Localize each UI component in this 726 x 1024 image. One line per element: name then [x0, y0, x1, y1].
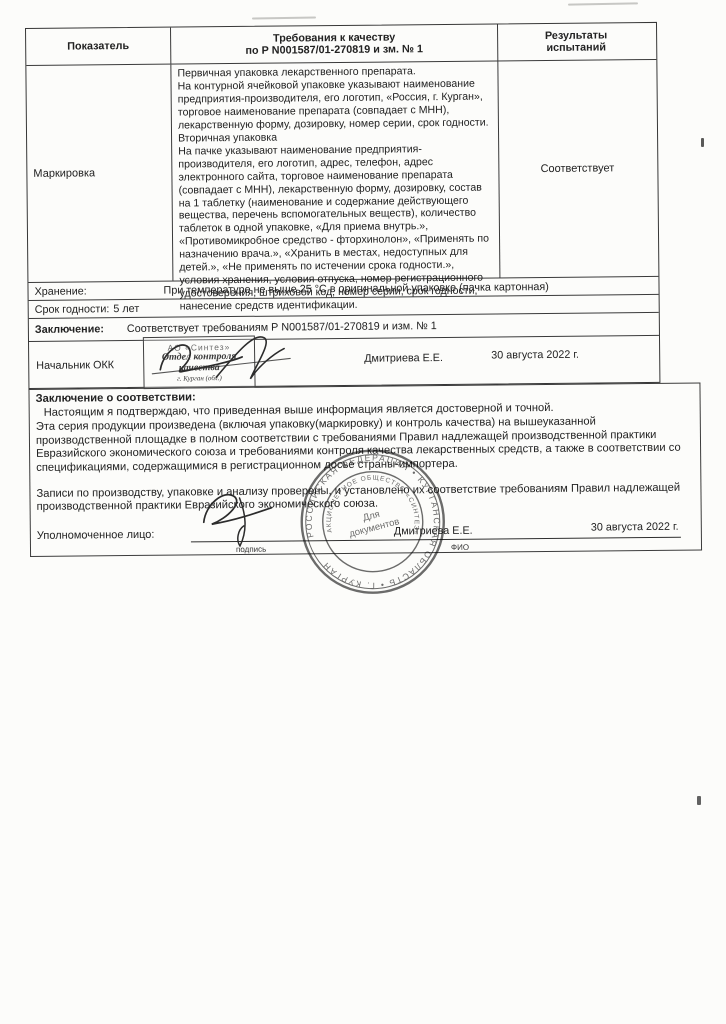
header-indicator: Показатель [26, 28, 171, 65]
header-results: Результаты испытаний [498, 23, 654, 60]
document-sheet: Показатель Требования к качеству по Р N0… [25, 22, 662, 557]
scanned-certificate-page: Показатель Требования к качеству по Р N0… [0, 0, 726, 1024]
shelf-life-label: Срок годности: [29, 303, 110, 316]
scan-smudge-top-left [252, 16, 316, 19]
marking-indicator-cell: Маркировка [26, 65, 173, 282]
header-requirements-line1: Требования к качеству [273, 31, 395, 45]
marking-indicator: Маркировка [33, 167, 95, 180]
marking-result: Соответствует [540, 162, 614, 175]
authorized-label: Уполномоченное лицо: [37, 529, 155, 544]
okk-signature [146, 328, 297, 387]
header-indicator-label: Показатель [67, 40, 129, 53]
header-requirements-line2: по Р N001587/01-270819 и зм. № 1 [245, 43, 423, 57]
authorized-date: 30 августа 2022 г. [591, 521, 679, 535]
okk-head-name: Дмитриева Е.Е. [364, 352, 443, 365]
storage-value: При температуре не выше 25 °С в оригинал… [159, 280, 548, 296]
table-header-row: Показатель Требования к качеству по Р N0… [26, 23, 656, 66]
conclusion-label: Заключение: [29, 323, 123, 336]
quality-table: Показатель Требования к качеству по Р N0… [25, 22, 660, 389]
marking-requirements-cell: Первичная упаковка лекарственного препар… [171, 61, 500, 280]
marking-result-cell: Соответствует [498, 60, 656, 277]
okk-head-date: 30 августа 2022 г. [491, 349, 579, 362]
scan-artifact-right-top [701, 138, 704, 147]
okk-head-label: Начальник ОКК [36, 359, 114, 372]
okk-head-row: Начальник ОКК Дмитриева Е.Е. 30 августа … [29, 336, 659, 388]
shelf-life-value: 5 лет [109, 302, 139, 314]
scan-artifact-right-bottom [697, 796, 701, 805]
marking-row: Маркировка Первичная упаковка лекарствен… [26, 60, 658, 283]
header-requirements: Требования к качеству по Р N001587/01-27… [171, 24, 498, 63]
header-results-label: Результаты испытаний [531, 29, 621, 55]
scan-smudge-top-right [568, 2, 638, 5]
storage-label: Хранение: [28, 284, 159, 297]
